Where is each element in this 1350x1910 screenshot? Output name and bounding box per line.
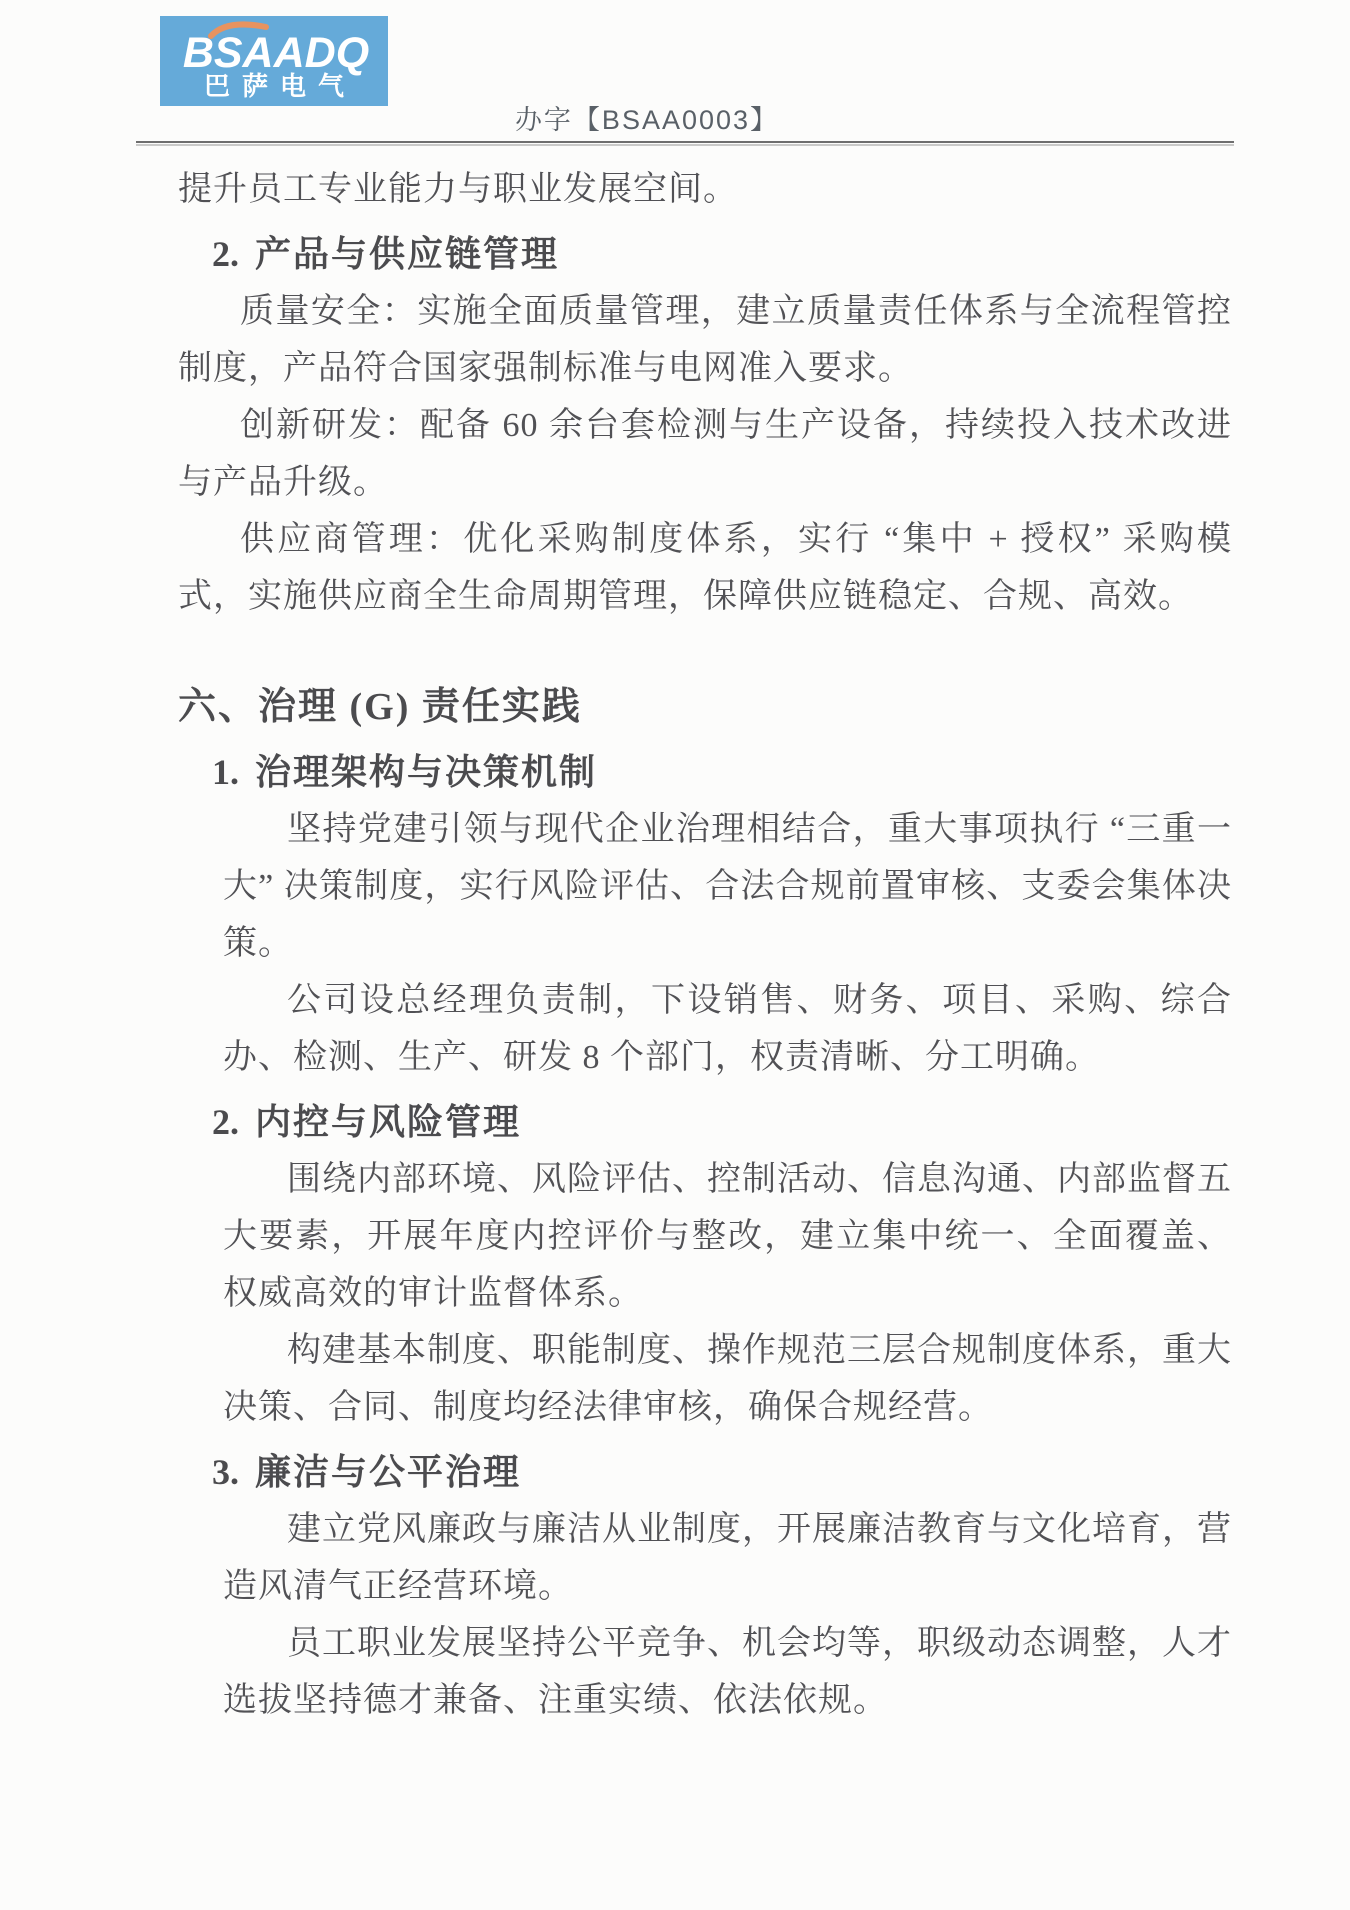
company-logo: BSAADQ 巴萨电气 [160,16,388,106]
subsection-heading: 1.治理架构与决策机制 [212,744,1232,801]
doc-number: 办字【BSAA0003】 [0,105,1322,135]
header-rule [136,141,1234,143]
document-page: BSAADQ 巴萨电气 办字【BSAA0003】 提升员工专业能力与职业发展空间… [0,0,1350,1910]
subsection-heading: 3.廉洁与公平治理 [212,1444,1232,1501]
subsection-title: 产品与供应链管理 [255,234,559,274]
subsection-number: 1. [212,752,239,792]
body-paragraph: 供应商管理：优化采购制度体系，实行 “集中 + 授权” 采购模式，实施供应商全生… [178,511,1232,625]
subsection-heading: 2.内控与风险管理 [212,1094,1232,1151]
document-body: 提升员工专业能力与职业发展空间。2.产品与供应链管理质量安全：实施全面质量管理，… [178,161,1232,1729]
subsection-number: 2. [212,1102,239,1142]
subsection-title: 廉洁与公平治理 [255,1452,521,1492]
logo-latin-text: BSAADQ [170,32,382,75]
subsection-title: 治理架构与决策机制 [255,752,597,792]
body-paragraph: 创新研发：配备 60 余台套检测与生产设备，持续投入技术改进与产品升级。 [178,397,1232,511]
logo-chinese-text: 巴萨电气 [160,73,388,99]
body-paragraph: 构建基本制度、职能制度、操作规范三层合规制度体系，重大决策、合同、制度均经法律审… [223,1322,1232,1436]
body-paragraph: 坚持党建引领与现代企业治理相结合，重大事项执行 “三重一大” 决策制度，实行风险… [223,801,1232,972]
section-heading: 六、治理 (G) 责任实践 [178,679,1232,736]
body-paragraph: 质量安全：实施全面质量管理，建立质量责任体系与全流程管控制度，产品符合国家强制标… [178,283,1232,397]
subsection-title: 内控与风险管理 [255,1102,521,1142]
body-paragraph: 建立党风廉政与廉洁从业制度，开展廉洁教育与文化培育，营造风清气正经营环境。 [223,1501,1232,1615]
body-paragraph: 提升员工专业能力与职业发展空间。 [178,161,1232,218]
body-paragraph: 公司设总经理负责制，下设销售、财务、项目、采购、综合办、检测、生产、研发 8 个… [223,972,1232,1086]
subsection-number: 2. [212,234,239,274]
subsection-heading: 2.产品与供应链管理 [212,226,1232,283]
subsection-number: 3. [212,1452,239,1492]
body-paragraph: 围绕内部环境、风险评估、控制活动、信息沟通、内部监督五大要素，开展年度内控评价与… [223,1151,1232,1322]
body-paragraph: 员工职业发展坚持公平竞争、机会均等，职级动态调整，人才选拔坚持德才兼备、注重实绩… [223,1615,1232,1729]
